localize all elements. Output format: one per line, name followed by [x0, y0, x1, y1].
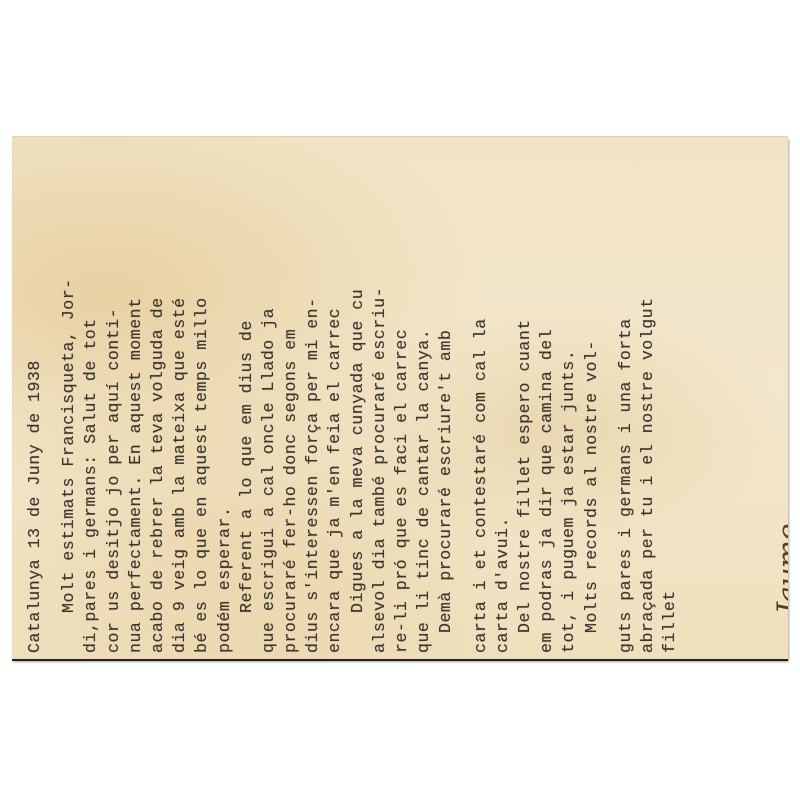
letter-line: re-li pró que es faci el carrec — [391, 153, 413, 653]
line-gap — [46, 153, 58, 653]
handwritten-signature: Jaume — [772, 524, 788, 614]
letter-line: cor us desitjo jo per aquí conti- — [103, 153, 125, 653]
letter-line: Del nostre fillet espero cuant — [514, 153, 536, 653]
letter-line: em podras ja dir que camina del — [536, 153, 558, 653]
letter-line: Catalunya 13 de Juny de 1938 — [24, 153, 46, 653]
letter-line: Molt estimats Francisqueta, Jor- — [58, 153, 80, 653]
letter-line: Digues a la meva cunyada que cu — [347, 153, 369, 653]
letter-line: dia 9 veig amb la mateixa que esté — [169, 153, 191, 653]
letter-line: fillet — [659, 153, 681, 653]
letter-line: nua perfectament. En aquest moment — [125, 153, 147, 653]
letter-line: acabo de rebrer la teva volguda de — [147, 153, 169, 653]
letter-line: carta i et contestaré com cal la — [470, 153, 492, 653]
letter-line: abraçada per tu i el nostre volgut — [637, 153, 659, 653]
postcard: Catalunya 13 de Juny de 1938Molt estimat… — [12, 136, 788, 659]
letter-line: dius s'interessen força per mi en- — [302, 153, 324, 653]
letter-line: guts pares i germans i una forta — [615, 153, 637, 653]
typewritten-letter: Catalunya 13 de Juny de 1938Molt estimat… — [24, 153, 764, 653]
letter-line: que li tinc de cantar la canya. — [413, 153, 435, 653]
letter-line: di,pares i germans: Salut de tot — [80, 153, 102, 653]
letter-line: que escrigui a cal oncle Llado ja — [258, 153, 280, 653]
letter-line: Referent a lo que em dius de — [236, 153, 258, 653]
letter-line: tot, i puguem ja estar junts. — [558, 153, 580, 653]
letter-line: encara que ja m'en feia el carrec — [324, 153, 346, 653]
letter-line: podém esperar. — [214, 153, 236, 653]
letter-line: Demà procuraré escriure't amb — [435, 153, 457, 653]
letter-line: alsevol dia també procuraré escriu- — [369, 153, 391, 653]
line-gap — [458, 153, 470, 653]
letter-line: carta d'avui. — [492, 153, 514, 653]
letter-line: procuraré fer-ho donc segons em — [280, 153, 302, 653]
line-gap — [603, 153, 615, 653]
letter-line: Molts records al nostre vol- — [581, 153, 603, 653]
letter-line: bé es lo que en aquest temps millo — [191, 153, 213, 653]
